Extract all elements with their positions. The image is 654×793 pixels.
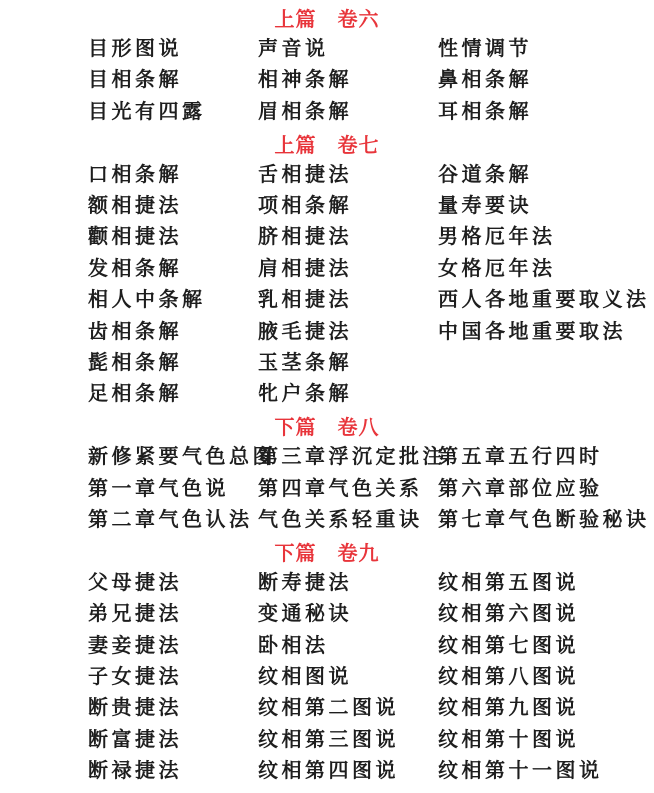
toc-entry: 纹相第四图说 <box>258 761 438 781</box>
toc-entry: 玉茎条解 <box>258 353 438 373</box>
toc-entry: 鼻相条解 <box>438 70 654 90</box>
toc-row: 目相条解相神条解鼻相条解 <box>0 65 654 96</box>
toc-section: 上篇 卷七 口相条解舌相捷法谷道条解额相捷法项相条解量寿要诀颧相捷法脐相捷法男格… <box>0 128 654 411</box>
toc-entry: 妻妾捷法 <box>88 636 258 656</box>
section-rows: 父母捷法断寿捷法纹相第五图说弟兄捷法变通秘诀纹相第六图说妻妾捷法卧相法纹相第七图… <box>0 567 654 787</box>
toc-entry: 纹相第六图说 <box>438 604 654 624</box>
toc-entry: 相人中条解 <box>88 290 258 310</box>
section-rows: 新修紧要气色总图第三章浮沉定批注第五章五行四时第一章气色说第四章气色关系第六章部… <box>0 441 654 535</box>
toc-entry: 西人各地重要取义法 <box>438 290 654 310</box>
toc-section: 下篇 卷八 新修紧要气色总图第三章浮沉定批注第五章五行四时第一章气色说第四章气色… <box>0 410 654 536</box>
toc-row: 发相条解肩相捷法女格厄年法 <box>0 253 654 284</box>
toc-entry: 弟兄捷法 <box>88 604 258 624</box>
toc-entry: 齿相条解 <box>88 322 258 342</box>
toc-entry: 舌相捷法 <box>258 165 438 185</box>
toc-row: 断禄捷法纹相第四图说纹相第十一图说 <box>0 755 654 786</box>
section-rows: 目形图说声音说性情调节目相条解相神条解鼻相条解目光有四露眉相条解耳相条解 <box>0 33 654 127</box>
toc-entry: 性情调节 <box>438 39 654 59</box>
toc-entry: 变通秘诀 <box>258 604 438 624</box>
toc-entry: 子女捷法 <box>88 667 258 687</box>
toc-row: 髭相条解玉茎条解 <box>0 347 654 378</box>
section-rows: 口相条解舌相捷法谷道条解额相捷法项相条解量寿要诀颧相捷法脐相捷法男格厄年法发相条… <box>0 159 654 410</box>
toc-row: 新修紧要气色总图第三章浮沉定批注第五章五行四时 <box>0 441 654 472</box>
toc-row: 弟兄捷法变通秘诀纹相第六图说 <box>0 598 654 629</box>
toc-entry: 女格厄年法 <box>438 259 654 279</box>
toc-entry: 颧相捷法 <box>88 227 258 247</box>
toc-entry: 中国各地重要取法 <box>438 322 654 342</box>
table-of-contents: 上篇 卷六 目形图说声音说性情调节目相条解相神条解鼻相条解目光有四露眉相条解耳相… <box>0 0 654 787</box>
toc-row: 断贵捷法纹相第二图说纹相第九图说 <box>0 693 654 724</box>
toc-row: 目形图说声音说性情调节 <box>0 33 654 64</box>
toc-entry: 第一章气色说 <box>88 479 258 499</box>
toc-section: 下篇 卷九 父母捷法断寿捷法纹相第五图说弟兄捷法变通秘诀纹相第六图说妻妾捷法卧相… <box>0 536 654 787</box>
toc-entry: 断禄捷法 <box>88 761 258 781</box>
toc-entry: 谷道条解 <box>438 165 654 185</box>
toc-entry: 肩相捷法 <box>258 259 438 279</box>
toc-entry: 纹相第三图说 <box>258 730 438 750</box>
toc-entry: 目相条解 <box>88 70 258 90</box>
toc-entry: 腋毛捷法 <box>258 322 438 342</box>
toc-entry: 眉相条解 <box>258 102 438 122</box>
toc-entry: 目光有四露 <box>88 102 258 122</box>
toc-row: 妻妾捷法卧相法纹相第七图说 <box>0 630 654 661</box>
toc-entry: 牝户条解 <box>258 384 438 404</box>
toc-entry: 口相条解 <box>88 165 258 185</box>
toc-entry: 目形图说 <box>88 39 258 59</box>
toc-entry: 声音说 <box>258 39 438 59</box>
toc-entry: 项相条解 <box>258 196 438 216</box>
toc-row: 足相条解牝户条解 <box>0 379 654 410</box>
toc-entry: 纹相第七图说 <box>438 636 654 656</box>
toc-entry: 断贵捷法 <box>88 698 258 718</box>
toc-row: 第一章气色说第四章气色关系第六章部位应验 <box>0 473 654 504</box>
toc-entry: 第四章气色关系 <box>258 479 438 499</box>
section-title: 上篇 卷七 <box>0 128 654 159</box>
section-title: 下篇 卷九 <box>0 536 654 567</box>
toc-entry: 纹相图说 <box>258 667 438 687</box>
toc-entry: 父母捷法 <box>88 573 258 593</box>
toc-entry: 发相条解 <box>88 259 258 279</box>
toc-entry: 乳相捷法 <box>258 290 438 310</box>
toc-entry: 纹相第八图说 <box>438 667 654 687</box>
toc-entry: 髭相条解 <box>88 353 258 373</box>
toc-entry: 第二章气色认法 <box>88 510 258 530</box>
toc-entry: 男格厄年法 <box>438 227 654 247</box>
toc-entry: 脐相捷法 <box>258 227 438 247</box>
toc-row: 口相条解舌相捷法谷道条解 <box>0 159 654 190</box>
toc-entry: 断富捷法 <box>88 730 258 750</box>
toc-row: 父母捷法断寿捷法纹相第五图说 <box>0 567 654 598</box>
section-title: 上篇 卷六 <box>0 2 654 33</box>
toc-entry: 纹相第二图说 <box>258 698 438 718</box>
toc-row: 第二章气色认法气色关系轻重诀第七章气色断验秘诀 <box>0 504 654 535</box>
toc-entry: 新修紧要气色总图 <box>88 447 258 467</box>
toc-entry: 断寿捷法 <box>258 573 438 593</box>
toc-entry: 相神条解 <box>258 70 438 90</box>
toc-entry: 第三章浮沉定批注 <box>258 447 438 467</box>
toc-entry: 量寿要诀 <box>438 196 654 216</box>
toc-entry: 第六章部位应验 <box>438 479 654 499</box>
toc-entry: 纹相第五图说 <box>438 573 654 593</box>
toc-entry: 第五章五行四时 <box>438 447 654 467</box>
toc-entry: 卧相法 <box>258 636 438 656</box>
toc-row: 相人中条解乳相捷法西人各地重要取义法 <box>0 285 654 316</box>
toc-entry: 耳相条解 <box>438 102 654 122</box>
toc-entry: 纹相第九图说 <box>438 698 654 718</box>
toc-row: 额相捷法项相条解量寿要诀 <box>0 190 654 221</box>
toc-row: 目光有四露眉相条解耳相条解 <box>0 96 654 127</box>
toc-entry: 第七章气色断验秘诀 <box>438 510 654 530</box>
toc-entry: 纹相第十图说 <box>438 730 654 750</box>
toc-entry: 足相条解 <box>88 384 258 404</box>
toc-row: 颧相捷法脐相捷法男格厄年法 <box>0 222 654 253</box>
toc-row: 断富捷法纹相第三图说纹相第十图说 <box>0 724 654 755</box>
toc-entry: 气色关系轻重诀 <box>258 510 438 530</box>
section-title: 下篇 卷八 <box>0 410 654 441</box>
toc-row: 齿相条解腋毛捷法中国各地重要取法 <box>0 316 654 347</box>
toc-section: 上篇 卷六 目形图说声音说性情调节目相条解相神条解鼻相条解目光有四露眉相条解耳相… <box>0 2 654 128</box>
toc-entry: 纹相第十一图说 <box>438 761 654 781</box>
toc-row: 子女捷法纹相图说纹相第八图说 <box>0 661 654 692</box>
toc-entry: 额相捷法 <box>88 196 258 216</box>
